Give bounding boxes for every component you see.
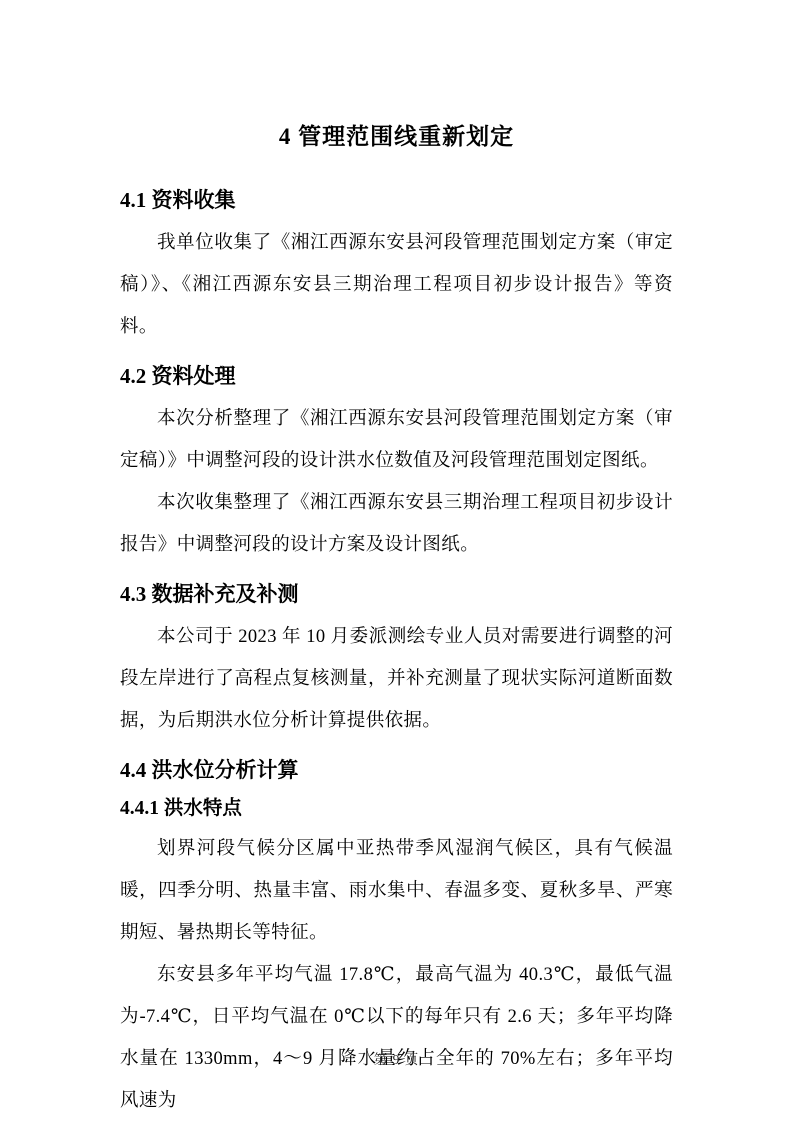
document-page: 4 管理范围线重新划定 4.1 资料收集 我单位收集了《湘江西源东安县河段管理范… [0, 0, 793, 1122]
paragraph: 东安县多年平均气温 17.8℃，最高气温为 40.3℃，最低气温为-7.4℃，日… [120, 954, 673, 1122]
paragraph: 本次分析整理了《湘江西源东安县河段管理范围划定方案（审定稿）》中调整河段的设计洪… [120, 398, 673, 482]
section-heading-4-1: 4.1 资料收集 [120, 186, 673, 214]
paragraph: 本次收集整理了《湘江西源东安县三期治理工程项目初步设计报告》中调整河段的设计方案… [120, 482, 673, 566]
section-heading-4-2: 4.2 资料处理 [120, 362, 673, 390]
section-heading-4-4: 4.4 洪水位分析计算 [120, 756, 673, 784]
paragraph: 我单位收集了《湘江西源东安县河段管理范围划定方案（审定稿）》、《湘江西源东安县三… [120, 222, 673, 348]
subsection-heading-4-4-1: 4.4.1 洪水特点 [120, 796, 673, 822]
page-number: 第 9 页 [0, 1048, 793, 1068]
paragraph: 本公司于 2023 年 10 月委派测绘专业人员对需要进行调整的河段左岸进行了高… [120, 616, 673, 742]
chapter-title: 4 管理范围线重新划定 [120, 122, 673, 152]
document-body: 4 管理范围线重新划定 4.1 资料收集 我单位收集了《湘江西源东安县河段管理范… [120, 122, 673, 1122]
section-heading-4-3: 4.3 数据补充及补测 [120, 580, 673, 608]
paragraph: 划界河段气候分区属中亚热带季风湿润气候区，具有气候温暖，四季分明、热量丰富、雨水… [120, 828, 673, 954]
